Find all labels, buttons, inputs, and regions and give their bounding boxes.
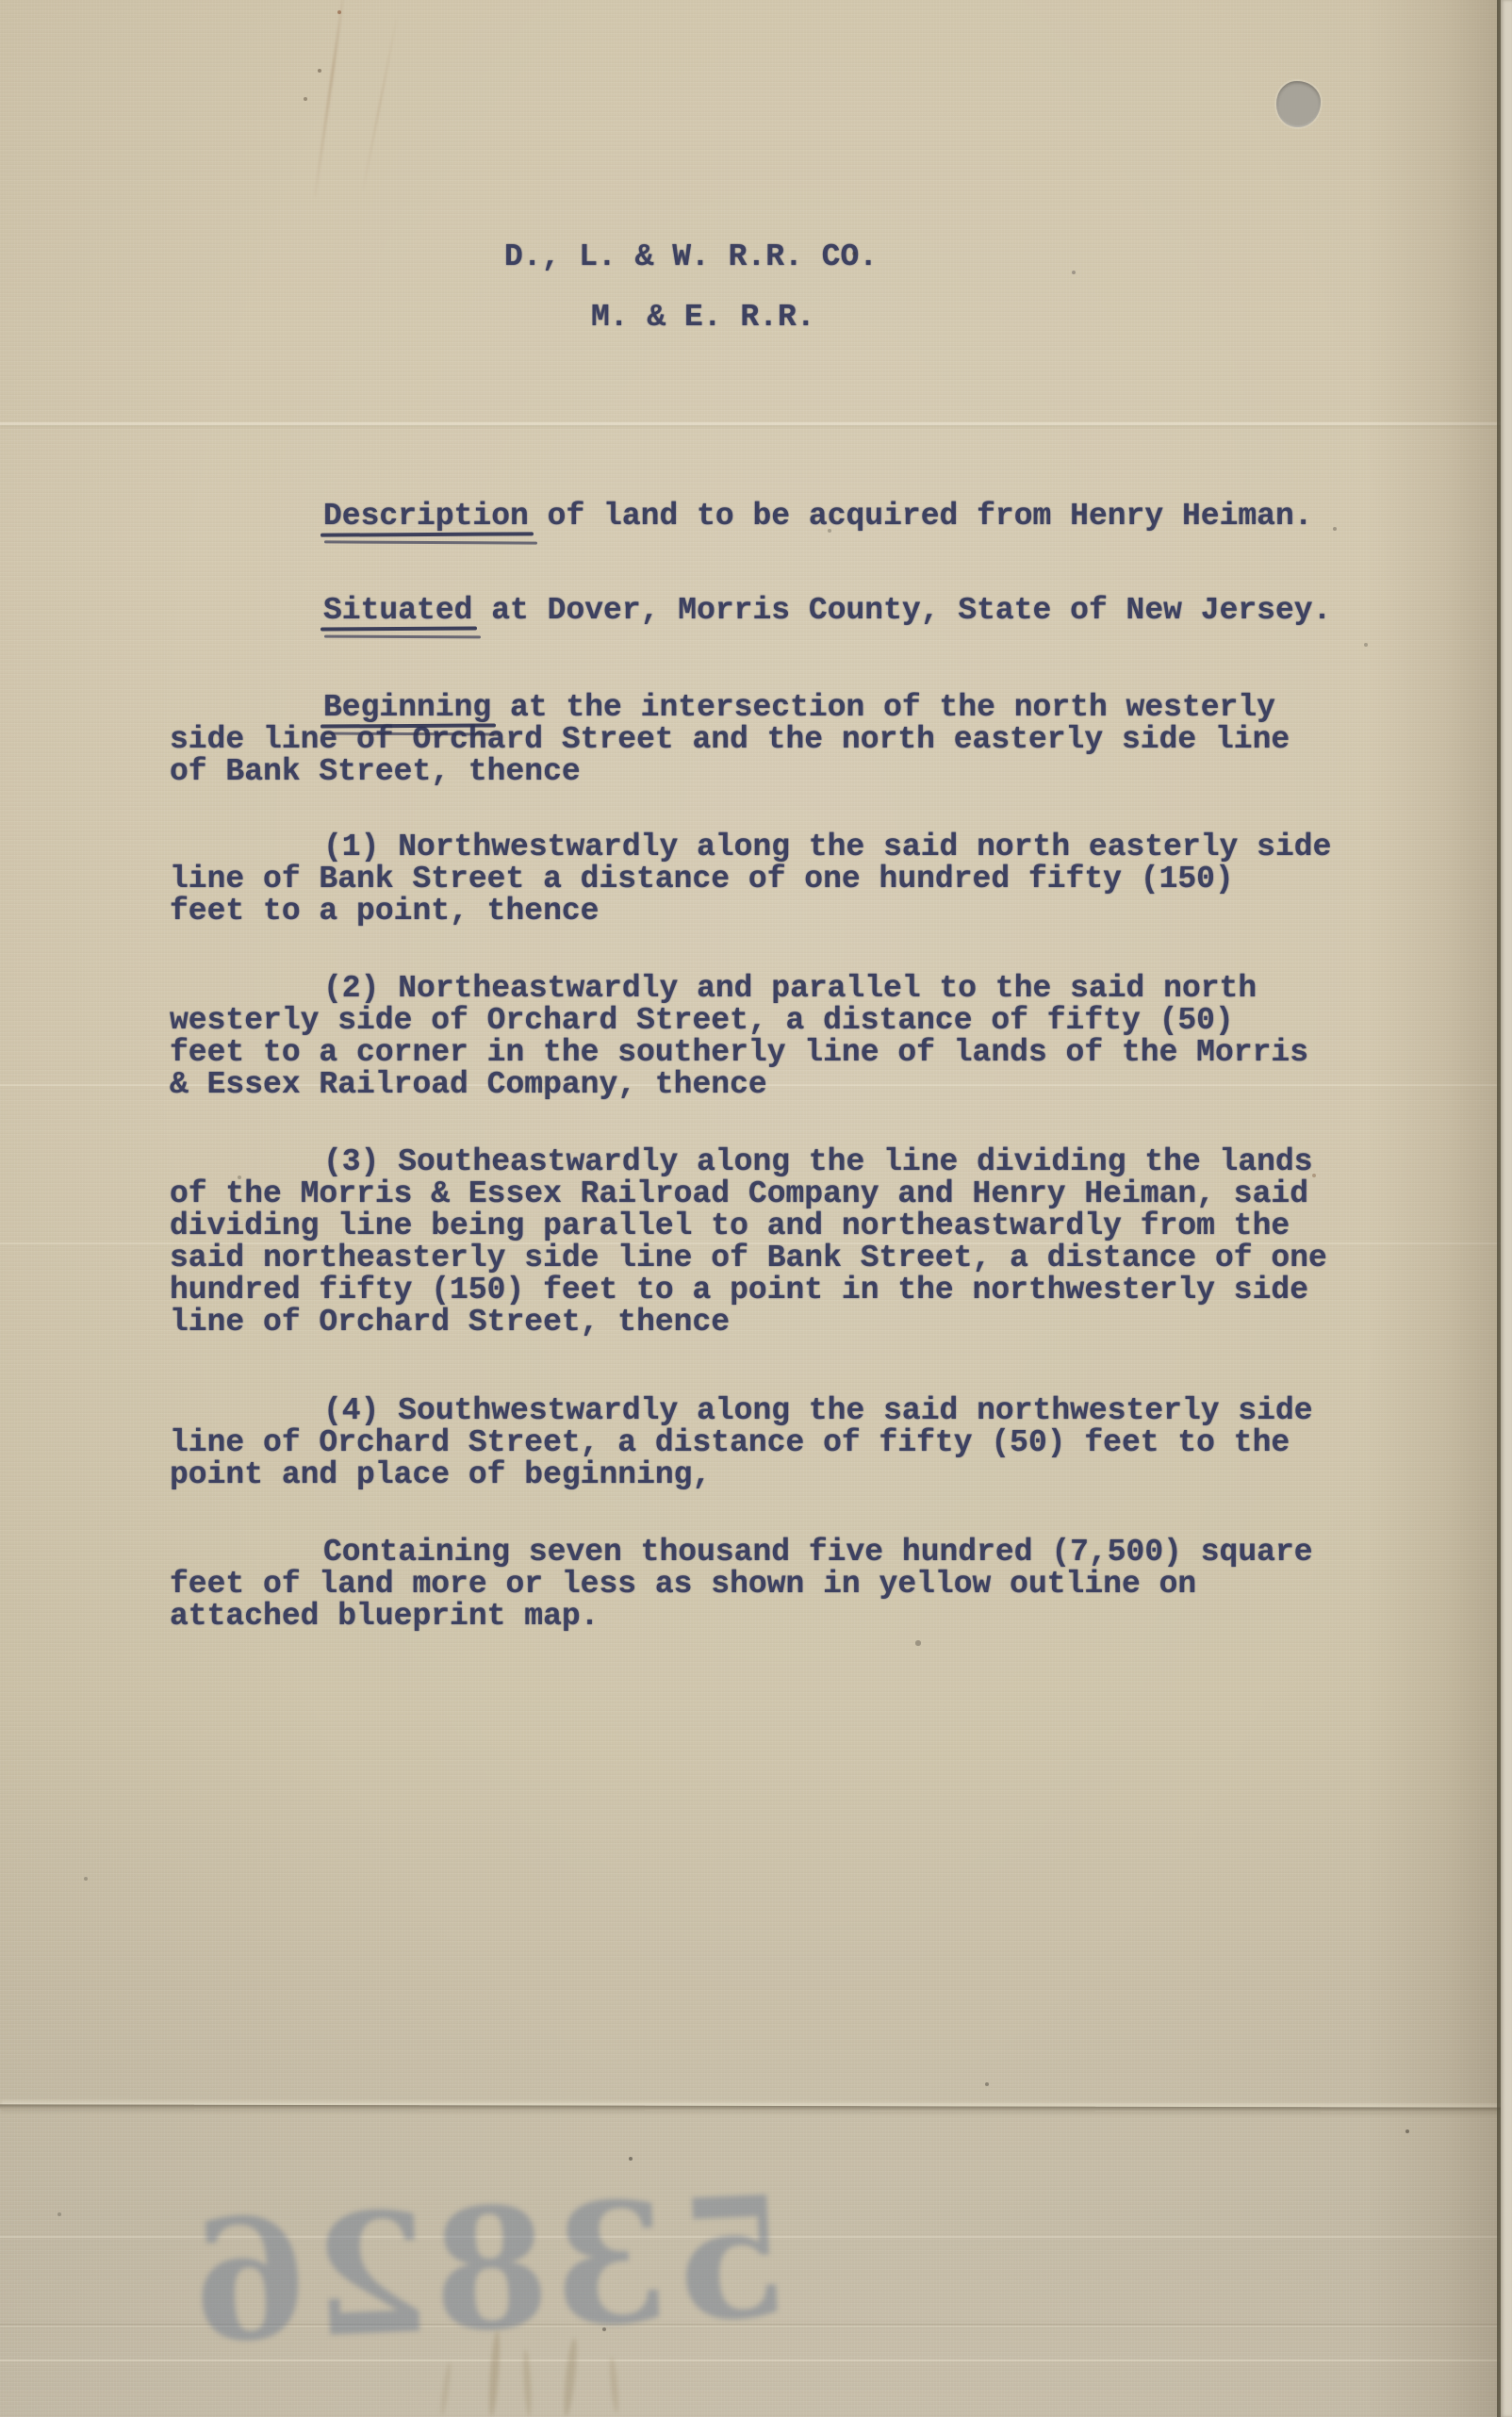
water-streak (487, 2330, 501, 2417)
course-4-paragraph: (4) Southwestwardly along the said north… (170, 1395, 1456, 1491)
water-streak (439, 2361, 452, 2416)
bleedthrough-stamp: 53826 (234, 2177, 793, 2379)
fold-line (0, 2236, 1512, 2238)
page-edge-shadow (1367, 0, 1499, 2417)
beginning-paragraph: Beginning at the intersection of the nor… (170, 692, 1456, 788)
scanned-document-page: D., L. & W. R.R. CO. M. & E. R.R. Descri… (0, 0, 1512, 2417)
fold-line (0, 422, 1512, 425)
situated-underlined-word: Situated (323, 593, 472, 628)
fold-line (0, 2324, 1512, 2326)
course-3-paragraph: (3) Southeastwardly along the line divid… (170, 1146, 1456, 1339)
description-paragraph: Description of land to be acquired from … (170, 501, 1456, 533)
fold-line (0, 2359, 1512, 2361)
diagonal-crease (314, 0, 346, 197)
course-2-paragraph: (2) Northeastwardly and parallel to the … (170, 973, 1456, 1101)
water-streak (562, 2338, 580, 2417)
situated-paragraph: Situated at Dover, Morris County, State … (170, 595, 1456, 627)
punch-hole (1276, 81, 1321, 127)
containing-paragraph: Containing seven thousand five hundred (… (170, 1537, 1456, 1633)
water-streak (522, 2349, 533, 2417)
bleedthrough-number: 53826 (234, 2177, 792, 2360)
underlying-sheet-edge (1501, 0, 1512, 2417)
situated-text: at Dover, Morris County, State of New Je… (472, 593, 1331, 628)
description-underlined-word: Description (323, 499, 529, 534)
water-streak (608, 2357, 619, 2413)
ink-specks (0, 0, 2, 2)
course-1-paragraph: (1) Northwestwardly along the said north… (170, 831, 1456, 928)
description-text: of land to be acquired from Henry Heiman… (529, 499, 1313, 534)
company-header-line-1: D., L. & W. R.R. CO. (504, 241, 878, 273)
company-header-line-2: M. & E. R.R. (591, 302, 815, 334)
diagonal-crease (362, 19, 397, 190)
beginning-underlined-word: Beginning (323, 690, 491, 725)
fold-crease (0, 2104, 1512, 2112)
